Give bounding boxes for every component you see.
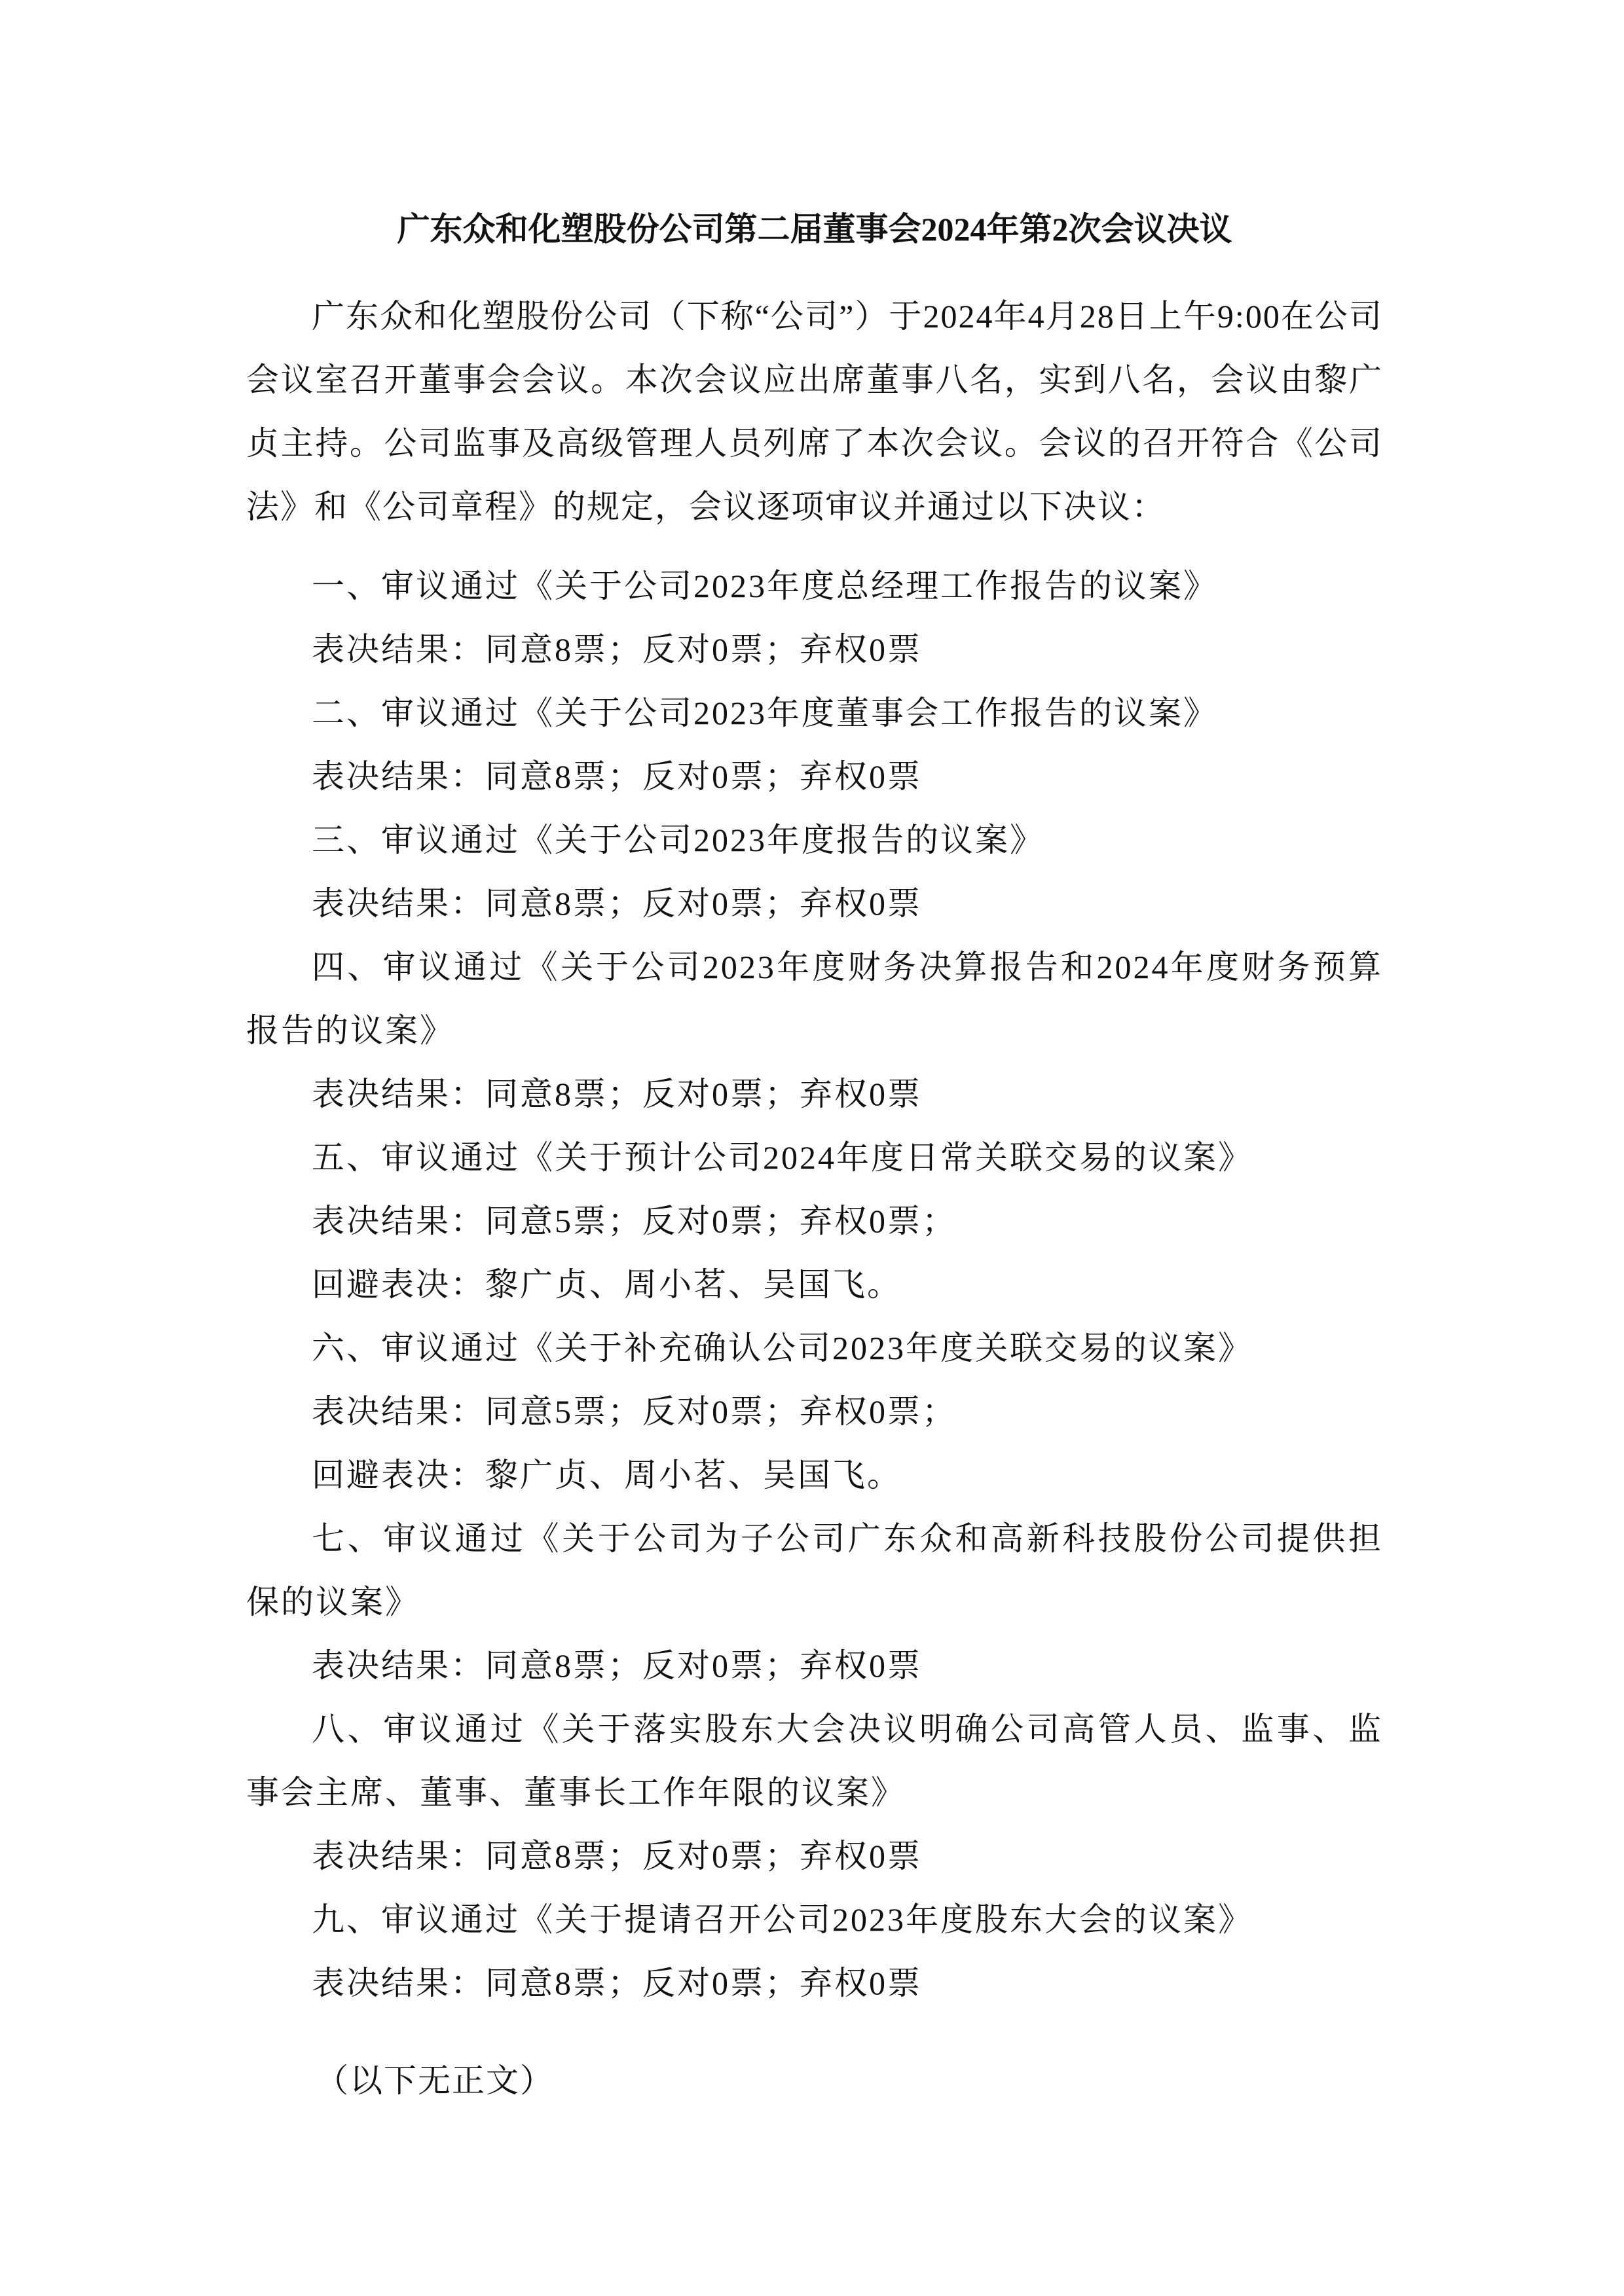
resolution-item-7: 七、审议通过《关于公司为子公司广东众和高新科技股份公司提供担保的议案》 表决结果… <box>246 1507 1383 1698</box>
recusal-note: 回避表决：黎广贞、周小茗、吴国飞。 <box>246 1253 1383 1317</box>
document-body: 广东众和化塑股份公司（下称“公司”）于2024年4月28日上午9:00在公司会议… <box>246 285 1383 2015</box>
resolution-list: 一、审议通过《关于公司2023年度总经理工作报告的议案》 表决结果：同意8票；反… <box>246 555 1383 2015</box>
resolution-item-8: 八、审议通过《关于落实股东大会决议明确公司高管人员、监事、监事会主席、董事、董事… <box>246 1698 1383 1888</box>
vote-result: 表决结果：同意8票；反对0票；弃权0票 <box>246 1634 1383 1698</box>
vote-result: 表决结果：同意5票；反对0票；弃权0票； <box>246 1190 1383 1253</box>
resolution-item-2: 二、审议通过《关于公司2023年度董事会工作报告的议案》 表决结果：同意8票；反… <box>246 682 1383 809</box>
document-title: 广东众和化塑股份公司第二届董事会2024年第2次会议决议 <box>246 208 1383 250</box>
resolution-motion: 六、审议通过《关于补充确认公司2023年度关联交易的议案》 <box>246 1317 1383 1380</box>
resolution-motion: 一、审议通过《关于公司2023年度总经理工作报告的议案》 <box>246 555 1383 618</box>
resolution-item-4: 四、审议通过《关于公司2023年度财务决算报告和2024年度财务预算报告的议案》… <box>246 936 1383 1126</box>
recusal-note: 回避表决：黎广贞、周小茗、吴国飞。 <box>246 1444 1383 1507</box>
resolution-item-6: 六、审议通过《关于补充确认公司2023年度关联交易的议案》 表决结果：同意5票；… <box>246 1317 1383 1507</box>
resolution-item-5: 五、审议通过《关于预计公司2024年度日常关联交易的议案》 表决结果：同意5票；… <box>246 1126 1383 1317</box>
resolution-motion: 七、审议通过《关于公司为子公司广东众和高新科技股份公司提供担保的议案》 <box>246 1507 1383 1634</box>
resolution-motion: 二、审议通过《关于公司2023年度董事会工作报告的议案》 <box>246 682 1383 745</box>
vote-result: 表决结果：同意8票；反对0票；弃权0票 <box>246 1063 1383 1126</box>
resolution-motion: 九、审议通过《关于提请召开公司2023年度股东大会的议案》 <box>246 1888 1383 1952</box>
resolution-motion: 四、审议通过《关于公司2023年度财务决算报告和2024年度财务预算报告的议案》 <box>246 936 1383 1063</box>
resolution-item-3: 三、审议通过《关于公司2023年度报告的议案》 表决结果：同意8票；反对0票；弃… <box>246 809 1383 936</box>
resolution-motion: 八、审议通过《关于落实股东大会决议明确公司高管人员、监事、监事会主席、董事、董事… <box>246 1698 1383 1825</box>
vote-result: 表决结果：同意8票；反对0票；弃权0票 <box>246 1825 1383 1888</box>
vote-result: 表决结果：同意8票；反对0票；弃权0票 <box>246 618 1383 682</box>
vote-result: 表决结果：同意8票；反对0票；弃权0票 <box>246 1952 1383 2015</box>
intro-paragraph: 广东众和化塑股份公司（下称“公司”）于2024年4月28日上午9:00在公司会议… <box>246 285 1383 539</box>
vote-result: 表决结果：同意8票；反对0票；弃权0票 <box>246 872 1383 936</box>
vote-result: 表决结果：同意5票；反对0票；弃权0票； <box>246 1380 1383 1444</box>
resolution-motion: 三、审议通过《关于公司2023年度报告的议案》 <box>246 809 1383 872</box>
closing-note: （以下无正文） <box>316 2049 554 2113</box>
resolution-item-9: 九、审议通过《关于提请召开公司2023年度股东大会的议案》 表决结果：同意8票；… <box>246 1888 1383 2015</box>
resolution-motion: 五、审议通过《关于预计公司2024年度日常关联交易的议案》 <box>246 1126 1383 1190</box>
resolution-item-1: 一、审议通过《关于公司2023年度总经理工作报告的议案》 表决结果：同意8票；反… <box>246 555 1383 682</box>
vote-result: 表决结果：同意8票；反对0票；弃权0票 <box>246 745 1383 809</box>
